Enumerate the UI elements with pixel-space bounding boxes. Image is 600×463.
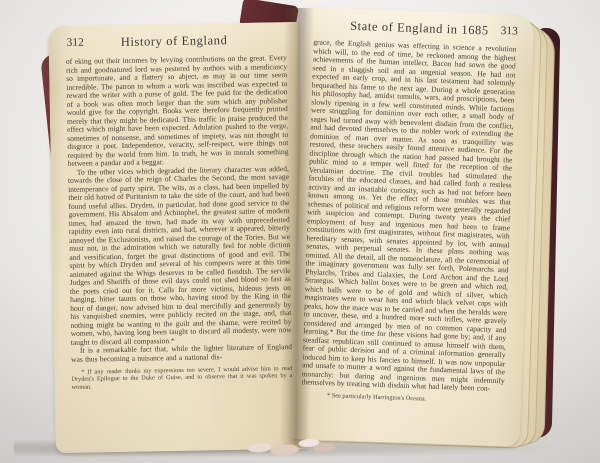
footnote-text: * See particularly Harrington's Oceana. xyxy=(301,391,504,405)
left-page-body: of eking out their incomes by levying co… xyxy=(49,49,305,364)
right-page-body: grace, the English genius was effecting … xyxy=(292,34,533,394)
left-page-footnote: * If any reader thinks my expressions to… xyxy=(54,360,305,391)
footnote-text: * If any reader thinks my expressions to… xyxy=(71,365,292,391)
body-paragraph: of eking out their incomes by levying co… xyxy=(66,54,289,168)
right-page: State of England in 1685 313 grace, the … xyxy=(291,7,535,447)
right-page-number: 313 xyxy=(500,25,518,38)
body-paragraph: To the other vices which degraded the li… xyxy=(68,165,292,347)
left-running-head: History of England xyxy=(48,32,299,51)
left-page-number: 312 xyxy=(66,37,83,49)
left-page: 312 History of England of eking out thei… xyxy=(48,22,306,453)
body-paragraph: grace, the English genius was effecting … xyxy=(301,38,516,393)
